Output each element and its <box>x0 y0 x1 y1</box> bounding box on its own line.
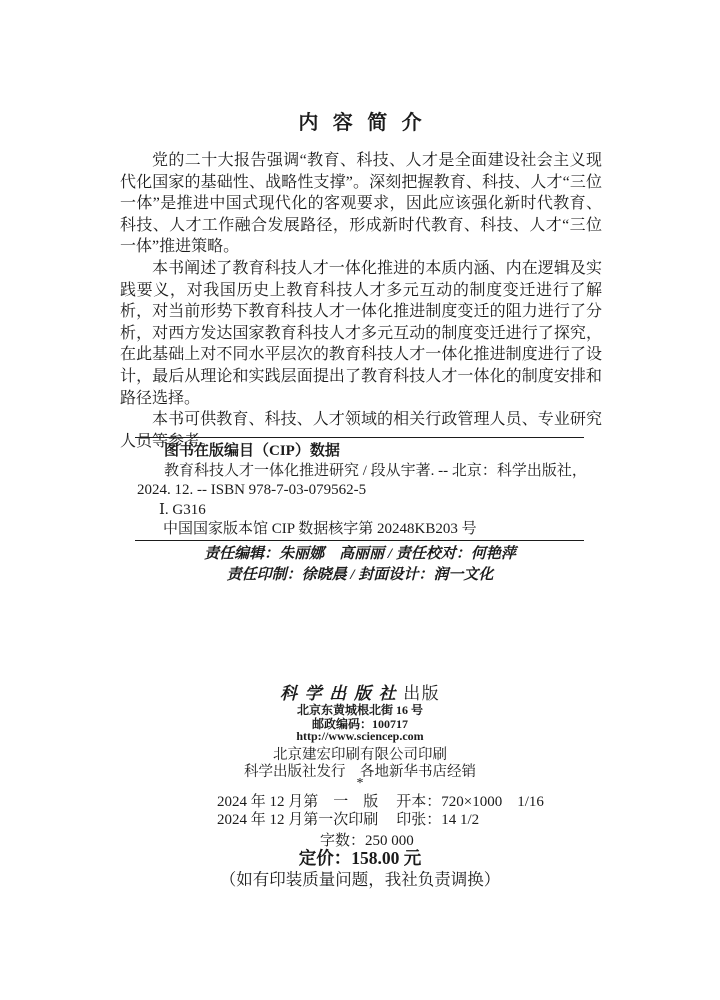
cip-classification-line: Ⅰ. G316 <box>159 501 605 521</box>
sheets-text: 印张：14 1/2 <box>396 808 479 829</box>
cip-top-rule <box>135 437 584 438</box>
cip-heading: 图书在版编目（CIP）数据 <box>164 442 605 462</box>
content-summary-title: 内容简介 <box>0 106 720 135</box>
content-summary-body: 党的二十大报告强调“教育、科技、人才是全面建设社会主义现代化国家的基础性、战略性… <box>120 150 602 452</box>
print-design-line: 责任印制：徐晓晨 / 封面设计：润一文化 <box>0 565 720 586</box>
cip-data-block: 图书在版编目（CIP）数据 教育科技人才一体化推进研究 / 段从宇著. -- 北… <box>135 442 605 540</box>
summary-paragraph: 本书阐述了教育科技人才一体化推进的本质内涵、内在逻辑及实践要义，对我国历史上教育… <box>120 258 602 409</box>
book-copyright-page: 内容简介 党的二十大报告强调“教育、科技、人才是全面建设社会主义现代化国家的基础… <box>0 0 720 1000</box>
cip-bottom-rule <box>135 540 584 541</box>
staff-credits: 责任编辑：朱丽娜 高丽丽 / 责任校对：何艳萍 责任印制：徐晓晨 / 封面设计：… <box>0 544 720 586</box>
cip-record-number-line: 中国国家版本馆 CIP 数据核字第 20248KB203 号 <box>163 520 605 540</box>
cip-isbn-line: 2024. 12. -- ISBN 978-7-03-079562-5 <box>137 481 605 501</box>
editors-line: 责任编辑：朱丽娜 高丽丽 / 责任校对：何艳萍 <box>0 544 720 565</box>
summary-paragraph: 党的二十大报告强调“教育、科技、人才是全面建设社会主义现代化国家的基础性、战略性… <box>120 150 602 258</box>
printing-sheets-row: 2024 年 12 月第一次印刷 印张：14 1/2 <box>217 808 479 829</box>
printing-text: 2024 年 12 月第一次印刷 <box>217 808 378 829</box>
publisher-website: http://www.sciencep.com <box>0 729 720 744</box>
cip-title-line: 教育科技人才一体化推进研究 / 段从宇著. -- 北京：科学出版社， <box>164 462 605 482</box>
quality-note-line: （如有印装质量问题，我社负责调换） <box>0 866 720 890</box>
